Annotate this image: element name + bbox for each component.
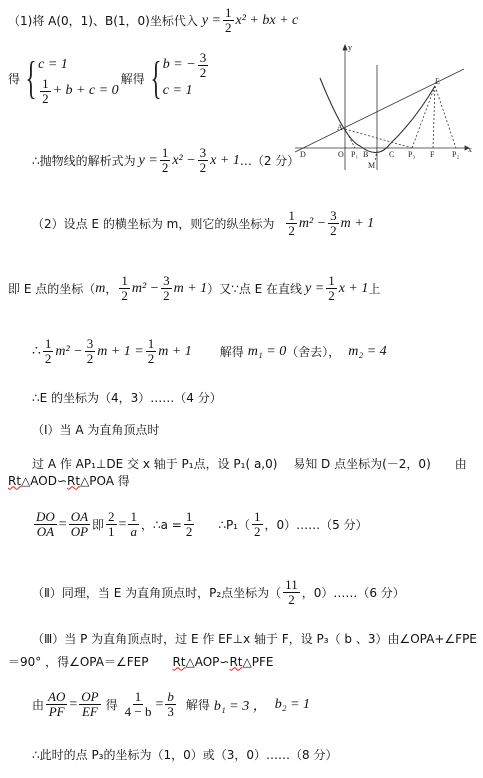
part2-line1: （2）设点 E 的横坐标为 m，则它的纵坐标为 12 m² − 32 m + 1 (32, 209, 374, 238)
svg-text:P₂: P₂ (452, 150, 459, 159)
svg-text:x: x (468, 145, 472, 154)
fraction: 12 (223, 6, 234, 35)
svg-text:M: M (368, 161, 375, 170)
svg-text:C: C (389, 150, 394, 159)
svg-text:A: A (337, 123, 343, 132)
case2-line: （Ⅱ）同理，当 E 为直角顶点时，P₂点坐标为（ 112 ，0）……（6 分） (32, 578, 405, 607)
svg-text:E: E (435, 77, 440, 86)
case3-conclusion: ∴此时的点 P₃的坐标为（1，0）或（3，0）……（8 分） (32, 746, 338, 763)
case3-line1: （Ⅲ）当 P 为直角顶点时，过 E 作 EF⊥x 轴于 F，设 P₃（ b 、3… (32, 630, 477, 647)
case1-line2: Rt△AOD∽Rt△POA 得 (8, 472, 130, 489)
part1-intro-line: （1)将 A(0，1)、B(1，0)坐标代入 y = 12 x² + bx + … (8, 6, 298, 35)
case1-equation: DOOA = OAOP 即 21 = 1a ，∴a = 12 ∴P₁（ 12 ，… (32, 510, 368, 539)
part2-line3: ∴ 12 m² − 32 m + 1 = 12 m + 1 解得 m₁ = 0 … (32, 337, 387, 366)
svg-text:P₁: P₁ (351, 150, 358, 159)
svg-text:D: D (300, 150, 306, 159)
part1-system-line: 得 { c = 1 12+ b + c = 0 解得 { b = −32 c =… (8, 52, 210, 104)
part1-intro: （1)将 A(0，1)、B(1，0)坐标代入 (8, 12, 198, 29)
svg-text:y: y (348, 43, 352, 52)
svg-text:F: F (430, 150, 435, 159)
case1-title: （Ⅰ）当 A 为直角顶点时 (32, 421, 159, 438)
svg-text:O: O (338, 150, 344, 159)
part2-line2: 即 E 点的坐标（ m ， 12 m² − 32 m + 1 ）又∵点 E 在直… (8, 274, 380, 303)
equation-system-2: { b = −32 c = 1 (145, 52, 211, 104)
part1-conclusion: ∴抛物线的解析式为 y = 12 x² − 32 x + 1 …（2 分） (32, 146, 299, 175)
svg-text:P₃: P₃ (408, 150, 415, 159)
score-label: …（2 分） (240, 152, 299, 169)
parabola-figure: y x A D O P₁ B C P₃ F P₂ E M (290, 40, 483, 180)
case1-line1: 过 A 作 AP₁⊥DE 交 x 轴于 P₁点，设 P₁( a,0) 易知 D … (32, 455, 467, 472)
svg-text:B: B (363, 150, 368, 159)
case3-equation: 由 AOPF = OPEF 得 14 − b = b3 解得 b₁ = 3 ， … (32, 690, 310, 719)
e-coordinate: ∴E 的坐标为（4，3）……（4 分） (32, 389, 222, 406)
case3-line2: ＝90° ，得∠OPA＝∠FEP Rt△AOP∽Rt△PFE (8, 653, 273, 670)
equation-system-1: { c = 1 12+ b + c = 0 (20, 52, 119, 104)
